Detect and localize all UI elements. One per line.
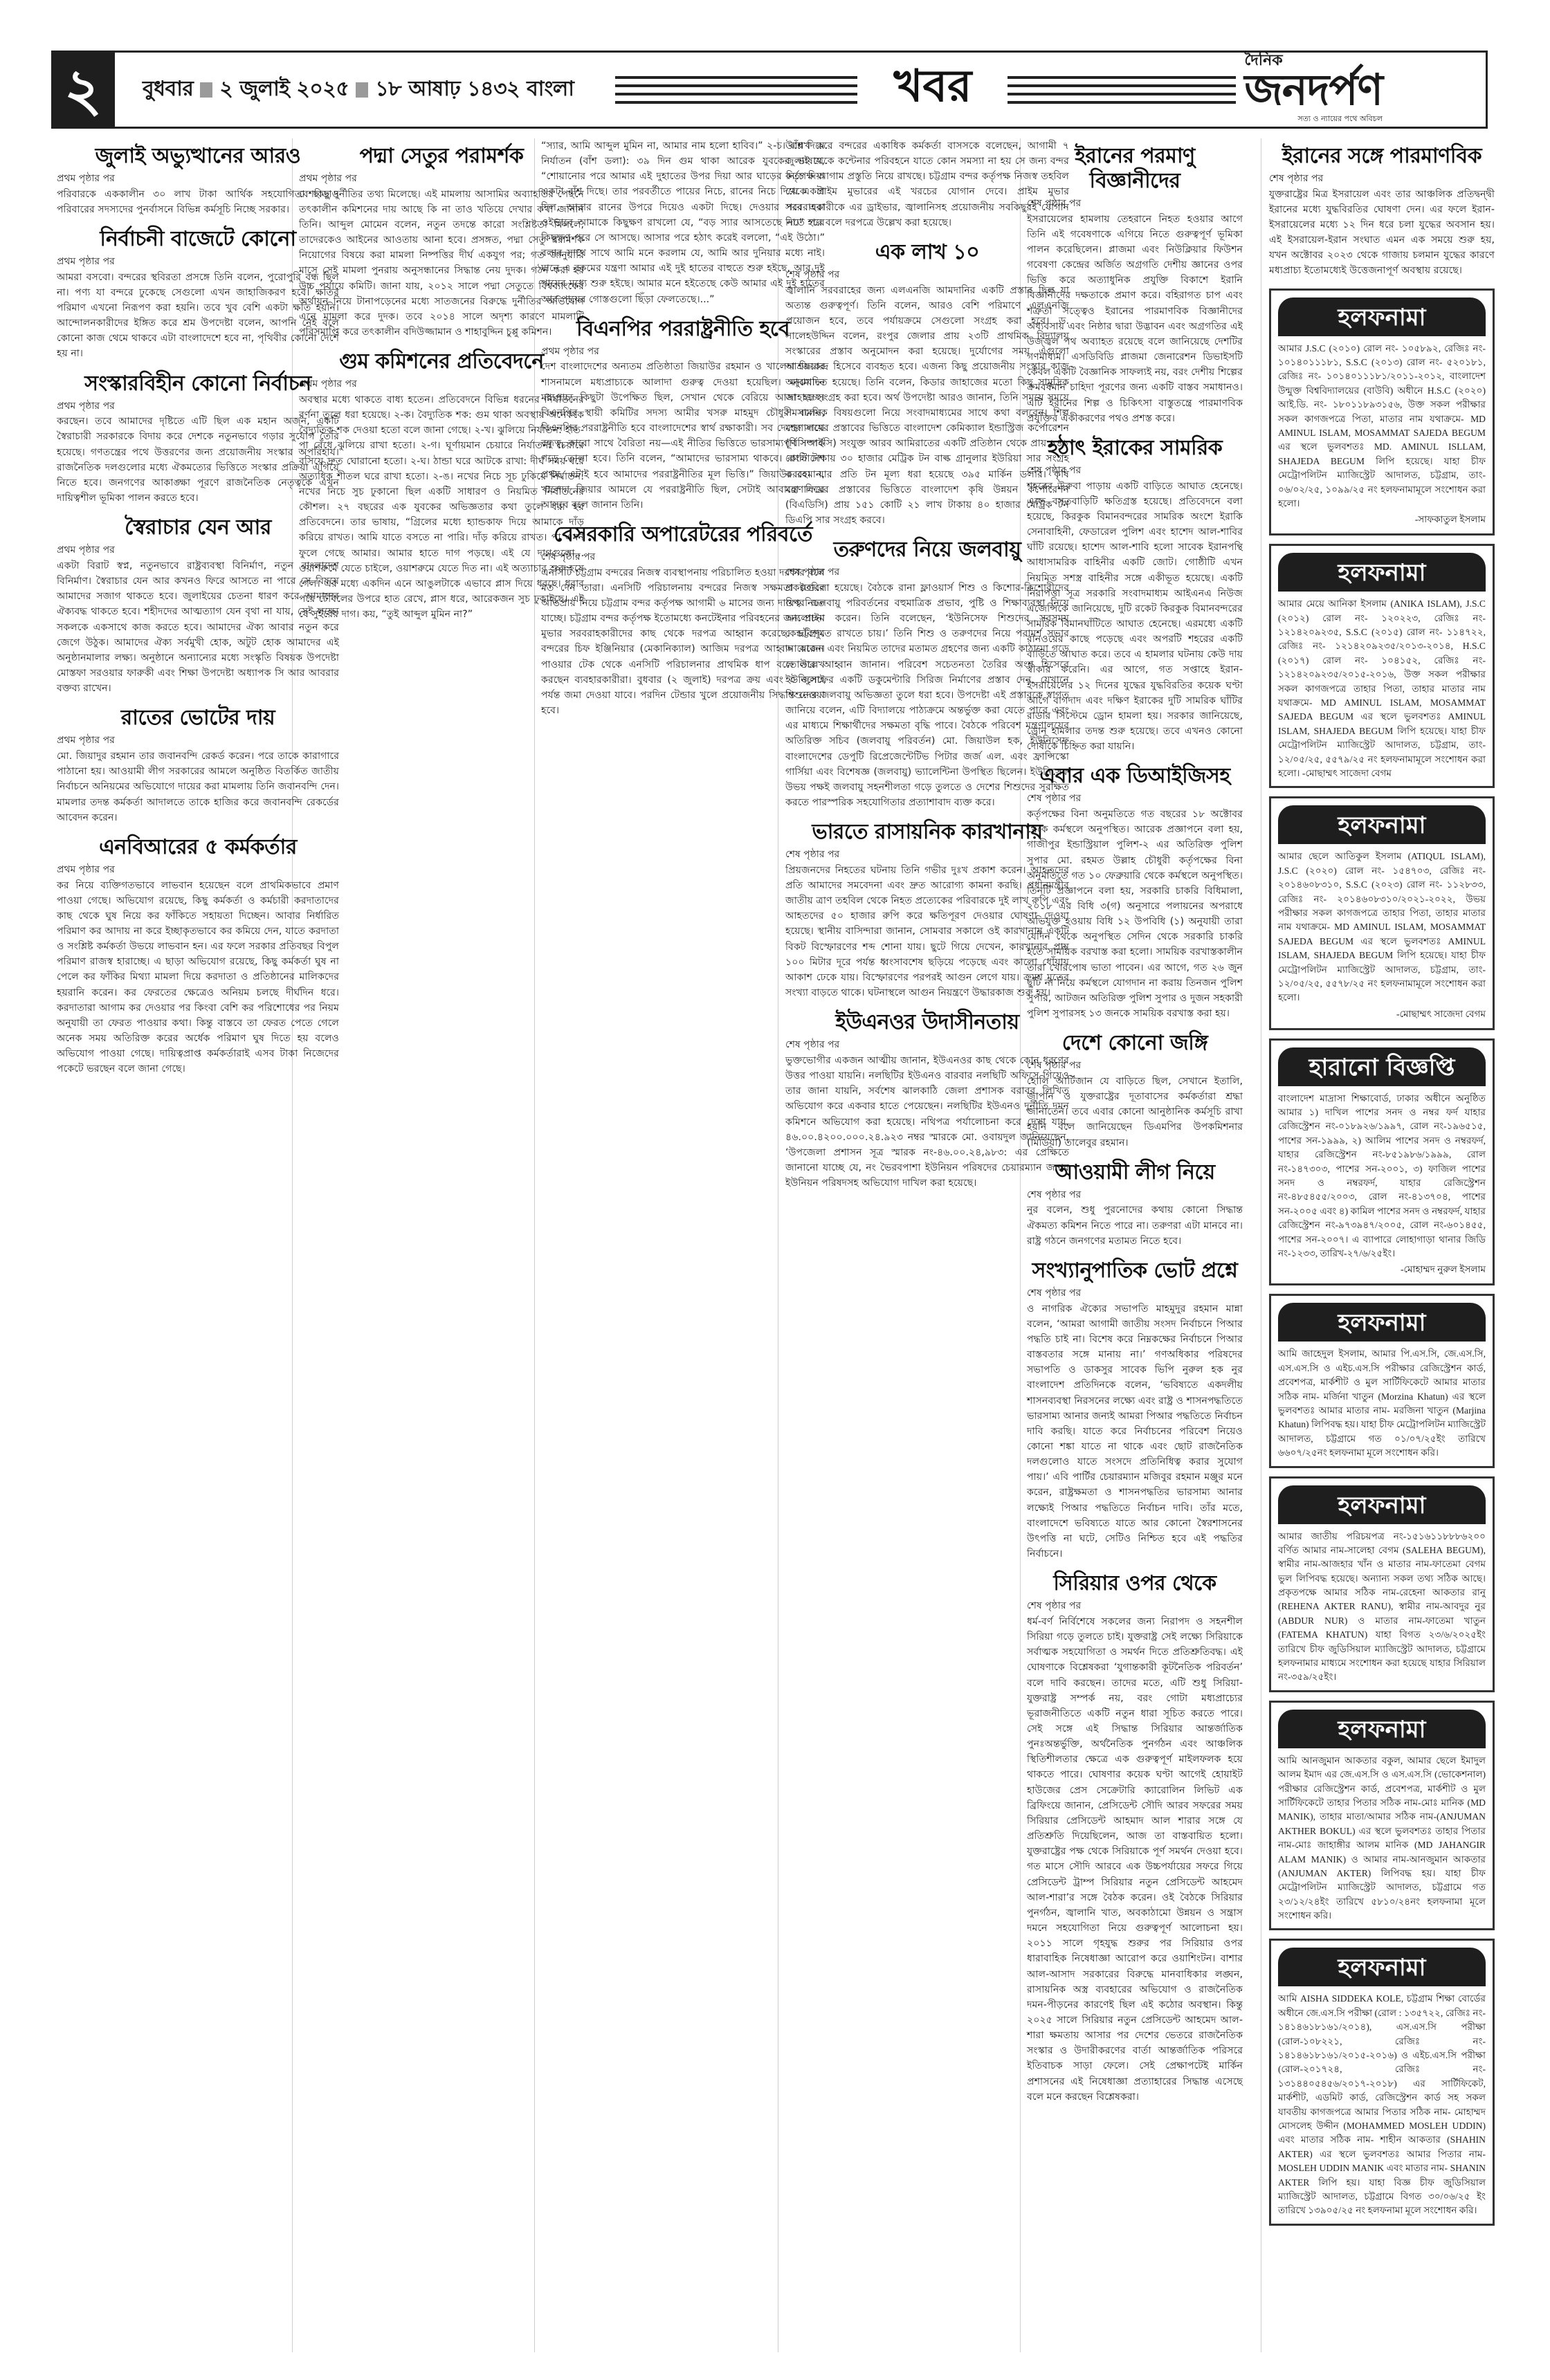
notice-body: আমার J.S.C (২০১০) রোল নং- ১০৫৮৯২, রেজিঃ …: [1278, 342, 1486, 511]
story-continuation: শেষ পৃষ্ঠার পর: [1027, 1059, 1243, 1074]
notice-title: হলফনামা: [1278, 1303, 1486, 1342]
story-body: শহরের উরুবা পাড়ায় একটি বাড়িতে আঘাত হে…: [1027, 479, 1243, 755]
weekday: বুধবার: [143, 72, 193, 107]
column-1: জুলাই অভ্যুত্থানের আরও প্রথম পৃষ্ঠার পর …: [57, 138, 339, 1087]
notice-signature: -মোছাম্মৎ সাজেদা বেগম: [1278, 1007, 1486, 1023]
story-body: এনসিটি চট্টগ্রাম বন্দরের নিজস্ব ব্যবস্থা…: [541, 565, 825, 719]
date-gregorian: ২ জুলাই ২০২৫: [219, 72, 349, 107]
notice-signature: -মোহাম্মদ নুরুল ইসলাম: [1278, 1262, 1486, 1278]
date-bangla: ১৮ আষাঢ় ১৪৩২ বাংলা: [375, 72, 574, 107]
story-headline[interactable]: সংখ্যানুপাতিক ভোট প্রশ্নে: [1027, 1258, 1243, 1283]
story-continuation: শেষ পৃষ্ঠার পর: [1027, 791, 1243, 807]
column-divider: [1261, 138, 1261, 2352]
news-story: ইরানের পরমাণু বিজ্ঞানীদের শেষ পৃষ্ঠার পর…: [1027, 144, 1243, 426]
story-body: পরিবারকে এককালীন ৩০ লাখ টাকা আর্থিক সহযো…: [57, 187, 339, 217]
dateline: বুধবার ২ জুলাই ২০২৫ ১৮ আষাঢ় ১৪৩২ বাংলা: [115, 53, 574, 127]
story-body: “স্যার, আমি আব্দুল মুমিন না, আমার নাম হল…: [541, 138, 825, 307]
news-story: এনবিআরের ৫ কর্মকর্তার প্রথম পৃষ্ঠার পর ক…: [57, 835, 339, 1077]
story-headline[interactable]: বেসরকারি অপারেটরের পরিবর্তে: [541, 522, 825, 547]
affidavit-notice: হলফনামা আমি AISHA SIDDEKA KOLE, চট্টগ্রা…: [1269, 1939, 1495, 2225]
story-headline[interactable]: সিরিয়ার ওপর থেকে: [1027, 1571, 1243, 1596]
notice-body: আমি আনজুমান আকতার বকুল, আমার ছেলে ইমাদুল…: [1278, 1754, 1486, 1923]
notice-title: হলফনামা: [1278, 553, 1486, 592]
column-3: “স্যার, আমি আব্দুল মুমিন না, আমার নাম হল…: [541, 138, 825, 728]
news-story: রাতের ভোটের দায় প্রথম পৃষ্ঠার পর মো. জি…: [57, 706, 339, 825]
story-continuation: শেষ পৃষ্ঠার পর: [541, 550, 825, 565]
notice-body: বাংলাদেশ মাদ্রাসা শিক্ষাবোর্ড, ঢাকার অধী…: [1278, 1092, 1486, 1261]
story-headline[interactable]: দেশে কোনো জঙ্গি: [1027, 1031, 1243, 1056]
date-separator-icon: [200, 82, 212, 98]
story-body: একটা বিরাট স্বপ্ন, নতুনভাবে রাষ্ট্রব্যবস…: [57, 558, 339, 696]
notice-body: আমি AISHA SIDDEKA KOLE, চট্টগ্রাম শিক্ষা…: [1278, 1992, 1486, 2217]
news-story: ইরানের সঙ্গে পারমাণবিক শেষ পৃষ্ঠার পর যু…: [1269, 144, 1495, 279]
story-body: মো. জিয়াদুর রহমান তার জবানবন্দি রেকর্ড …: [57, 749, 339, 825]
notice-title: হলফনামা: [1278, 297, 1486, 336]
story-headline[interactable]: হঠাৎ ইরাকের সামরিক: [1027, 436, 1243, 461]
story-headline[interactable]: রাতের ভোটের দায়: [57, 706, 339, 731]
page-number: ২: [51, 51, 115, 129]
brand-tagline: সত্য ও ন্যায়ের পথে অবিচল: [1244, 113, 1383, 126]
story-continuation: শেষ পৃষ্ঠার পর: [1027, 196, 1243, 212]
story-continuation: প্রথম পৃষ্ঠার পর: [57, 863, 339, 878]
notice-body: আমি জাহেদুল ইসলাম, আমার পি.এস.সি, জে.এস.…: [1278, 1347, 1486, 1460]
news-story: সংখ্যানুপাতিক ভোট প্রশ্নে শেষ পৃষ্ঠার পর…: [1027, 1258, 1243, 1562]
news-story: দেশে কোনো জঙ্গি শেষ পৃষ্ঠার পর হোলি আর্ট…: [1027, 1031, 1243, 1150]
newspaper-logo: দৈনিক জনদর্পণ সত্য ও ন্যায়ের পথে অবিচল: [1244, 53, 1389, 127]
notice-title: হলফনামা: [1278, 1948, 1486, 1986]
date-separator-icon: [356, 82, 368, 98]
news-story: স্বৈরাচার যেন আর প্রথম পৃষ্ঠার পর একটা ব…: [57, 515, 339, 696]
story-headline[interactable]: আওয়ামী লীগ নিয়ে: [1027, 1160, 1243, 1185]
story-continuation: শেষ পৃষ্ঠার পর: [1269, 172, 1495, 187]
story-continuation: শেষ পৃষ্ঠার পর: [1027, 1599, 1243, 1614]
affidavit-notice: হলফনামা আমার মেয়ে আনিকা ইসলাম (ANIKA IS…: [1269, 544, 1495, 788]
section-title: খবর: [857, 53, 1007, 127]
news-story: হঠাৎ ইরাকের সামরিক শেষ পৃষ্ঠার পর শহরের …: [1027, 436, 1243, 755]
story-continuation: প্রথম পৃষ্ঠার পর: [57, 255, 339, 270]
story-continuation: শেষ পৃষ্ঠার পর: [1027, 464, 1243, 479]
story-body: কর্তৃপক্ষের বিনা অনুমতিতে গত বছরের ১৮ অক…: [1027, 807, 1243, 1021]
story-body: দেশ বাংলাদেশের অন্যতম প্রতিষ্ঠাতা জিয়াউ…: [541, 359, 825, 513]
story-body: নুর বলেন, শুধু পুরনোদের কথায় কোনো সিদ্ধ…: [1027, 1202, 1243, 1248]
story-headline[interactable]: ইরানের পরমাণু বিজ্ঞানীদের: [1027, 144, 1243, 194]
notice-title: হারানো বিজ্ঞপ্তি: [1278, 1047, 1486, 1086]
story-headline[interactable]: স্বৈরাচার যেন আর: [57, 515, 339, 540]
story-continuation: প্রথম পৃষ্ঠার পর: [57, 399, 339, 414]
notice-body: আমার মেয়ে আনিকা ইসলাম (ANIKA ISLAM), J.…: [1278, 597, 1486, 780]
story-body: কর নিয়ে ব্যক্তিগতভাবে লাভবান হয়েছেন বল…: [57, 878, 339, 1077]
story-body: ও নাগরিক ঐক্যের সভাপতি মাহমুদুর রহমান মা…: [1027, 1301, 1243, 1562]
decorative-rules-right: [1007, 53, 1236, 127]
news-story: নির্বাচনী বাজেটে কোনো প্রথম পৃষ্ঠার পর আ…: [57, 227, 339, 362]
story-headline[interactable]: সংস্কারবিহীন কোনো নির্বাচন: [57, 372, 339, 396]
story-continuation: প্রথম পৃষ্ঠার পর: [57, 172, 339, 187]
notice-signature: -সাফকাতুল ইসলাম: [1278, 512, 1486, 528]
affidavit-notice: হলফনামা আমি জাহেদুল ইসলাম, আমার পি.এস.সি…: [1269, 1294, 1495, 1467]
story-body: হোলি আর্টিজান যে বাড়িতে ছিল, সেখানে ইতা…: [1027, 1074, 1243, 1151]
notice-body: আমার ছেলে আতিকুল ইসলাম (ATIQUL ISLAM), J…: [1278, 850, 1486, 1005]
news-story: বেসরকারি অপারেটরের পরিবর্তে শেষ পৃষ্ঠার …: [541, 522, 825, 718]
story-headline[interactable]: এবার এক ডিআইজিসহ: [1027, 764, 1243, 789]
decorative-rules-left: [615, 53, 857, 127]
column-5: ইরানের পরমাণু বিজ্ঞানীদের শেষ পৃষ্ঠার পর…: [1027, 138, 1243, 2114]
notice-title: হলফনামা: [1278, 1485, 1486, 1524]
story-headline[interactable]: জুলাই অভ্যুত্থানের আরও: [57, 144, 339, 169]
story-headline[interactable]: ইরানের সঙ্গে পারমাণবিক: [1269, 144, 1495, 169]
story-body: ইসরায়েলের হামলায় তেহরানে নিহত হওয়ার আ…: [1027, 212, 1243, 426]
story-body: আমরা বসবো। বন্দরের স্থবিরতা প্রসঙ্গে তিন…: [57, 270, 339, 362]
story-headline[interactable]: এনবিআরের ৫ কর্মকর্তার: [57, 835, 339, 860]
story-body: যুক্তরাষ্ট্রের মিত্র ইসরায়েল এবং তার আঞ…: [1269, 187, 1495, 279]
affidavit-notice: হলফনামা আমার J.S.C (২০১০) রোল নং- ১০৫৮৯২…: [1269, 289, 1495, 536]
story-headline[interactable]: বিএনপির পররাষ্ট্রনীতি হবে: [541, 317, 825, 342]
affidavit-notice: হলফনামা আমার ছেলে আতিকুল ইসলাম (ATIQUL I…: [1269, 796, 1495, 1029]
lost-notice: হারানো বিজ্ঞপ্তি বাংলাদেশ মাদ্রাসা শিক্ষ…: [1269, 1038, 1495, 1286]
story-body: করছেন। তবে আমাদের দৃষ্টিতে এটি ছিল এক মহ…: [57, 414, 339, 506]
notice-body: আমার জাতীয় পরিচয়পত্র নং-১৫১৬১১৮৮৮৬২০০ …: [1278, 1530, 1486, 1685]
news-story: সিরিয়ার ওপর থেকে শেষ পৃষ্ঠার পর ধর্ম-বর…: [1027, 1571, 1243, 2105]
masthead: ২ বুধবার ২ জুলাই ২০২৫ ১৮ আষাঢ় ১৪৩২ বাংল…: [51, 51, 1488, 129]
story-body: ধর্ম-বর্ণ নির্বিশেষে সকলের জন্য নিরাপদ ও…: [1027, 1614, 1243, 2105]
brand-name: জনদর্পণ: [1244, 68, 1383, 111]
news-story: বিএনপির পররাষ্ট্রনীতি হবে প্রথম পৃষ্ঠার …: [541, 317, 825, 513]
story-continuation: প্রথম পৃষ্ঠার পর: [541, 345, 825, 360]
news-story: এবার এক ডিআইজিসহ শেষ পৃষ্ঠার পর কর্তৃপক্…: [1027, 764, 1243, 1021]
news-story: সংস্কারবিহীন কোনো নির্বাচন প্রথম পৃষ্ঠার…: [57, 372, 339, 506]
news-story: আওয়ামী লীগ নিয়ে শেষ পৃষ্ঠার পর নুর বলে…: [1027, 1160, 1243, 1249]
story-continuation: প্রথম পৃষ্ঠার পর: [57, 733, 339, 749]
story-continuation: প্রথম পৃষ্ঠার পর: [57, 543, 339, 558]
notice-title: হলফনামা: [1278, 805, 1486, 844]
news-story: জুলাই অভ্যুত্থানের আরও প্রথম পৃষ্ঠার পর …: [57, 144, 339, 217]
affidavit-notice: হলফনামা আমি আনজুমান আকতার বকুল, আমার ছেল…: [1269, 1701, 1495, 1931]
affidavit-notice: হলফনামা আমার জাতীয় পরিচয়পত্র নং-১৫১৬১১…: [1269, 1476, 1495, 1692]
story-continuation: শেষ পৃষ্ঠার পর: [1027, 1188, 1243, 1203]
news-story-continued: “স্যার, আমি আব্দুল মুমিন না, আমার নাম হল…: [541, 138, 825, 307]
story-continuation: শেষ পৃষ্ঠার পর: [1027, 1286, 1243, 1301]
column-6-notices: ইরানের সঙ্গে পারমাণবিক শেষ পৃষ্ঠার পর যু…: [1269, 138, 1495, 2234]
notice-title: হলফনামা: [1278, 1710, 1486, 1748]
story-headline[interactable]: নির্বাচনী বাজেটে কোনো: [57, 227, 339, 252]
